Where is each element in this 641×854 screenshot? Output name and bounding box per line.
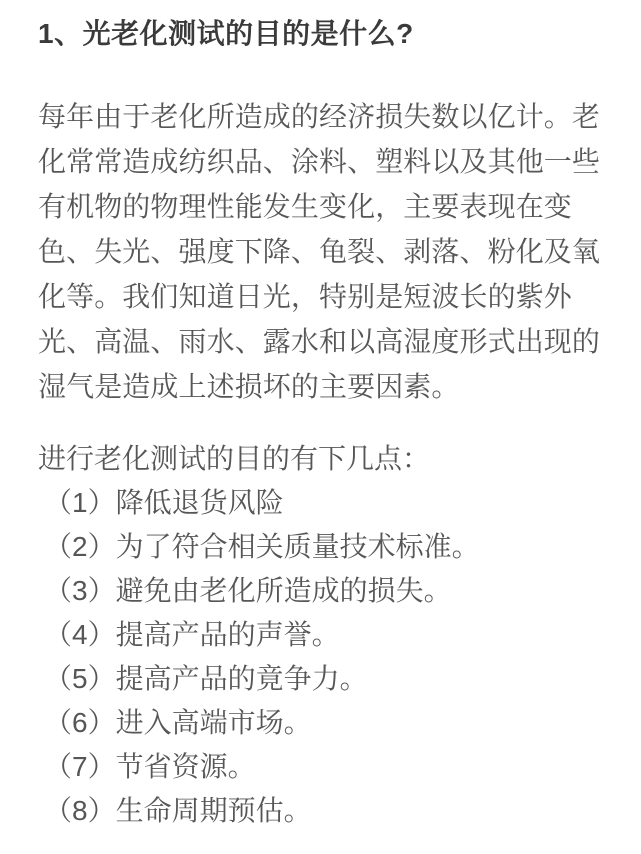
article-page: 1、光老化测试的目的是什么? 每年由于老化所造成的经济损失数以亿计。老 化常常造… (0, 0, 641, 854)
paragraph-line: 色、失光、强度下降、龟裂、剥落、粉化及氧 (38, 229, 603, 274)
purpose-list-item: （2）为了符合相关质量技术标准。 (38, 525, 603, 569)
purpose-list-item: （1）降低退货风险 (38, 481, 603, 525)
intro-paragraph: 每年由于老化所造成的经济损失数以亿计。老 化常常造成纺织品、涂料、塑料以及其他一… (38, 94, 603, 409)
paragraph-line: 化常常造成纺织品、涂料、塑料以及其他一些 (38, 139, 603, 184)
paragraph-line: 有机物的物理性能发生变化，主要表现在变 (38, 184, 603, 229)
paragraph-line: 光、高温、雨水、露水和以高湿度形式出现的 (38, 319, 603, 364)
purpose-list-item: （5）提高产品的竟争力。 (38, 657, 603, 701)
purpose-list-item: （7）节省资源。 (38, 745, 603, 789)
paragraph-line: 化等。我们知道日光，特别是短波长的紫外 (38, 274, 603, 319)
purpose-list: （1）降低退货风险 （2）为了符合相关质量技术标准。 （3）避免由老化所造成的损… (38, 481, 603, 833)
article-body: 1、光老化测试的目的是什么? 每年由于老化所造成的经济损失数以亿计。老 化常常造… (0, 0, 641, 833)
article-title: 1、光老化测试的目的是什么? (38, 16, 603, 52)
purpose-list-item: （4）提高产品的声誉。 (38, 613, 603, 657)
purpose-list-item: （8）生命周期预估。 (38, 789, 603, 833)
paragraph-line: 湿气是造成上述损坏的主要因素。 (38, 364, 603, 409)
purpose-list-item: （6）进入高端市场。 (38, 701, 603, 745)
purpose-list-item: （3）避免由老化所造成的损失。 (38, 569, 603, 613)
purpose-section: 进行老化测试的目的有下几点： （1）降低退货风险 （2）为了符合相关质量技术标准… (38, 437, 603, 833)
paragraph-line: 每年由于老化所造成的经济损失数以亿计。老 (38, 94, 603, 139)
purpose-list-intro: 进行老化测试的目的有下几点： (38, 437, 603, 481)
